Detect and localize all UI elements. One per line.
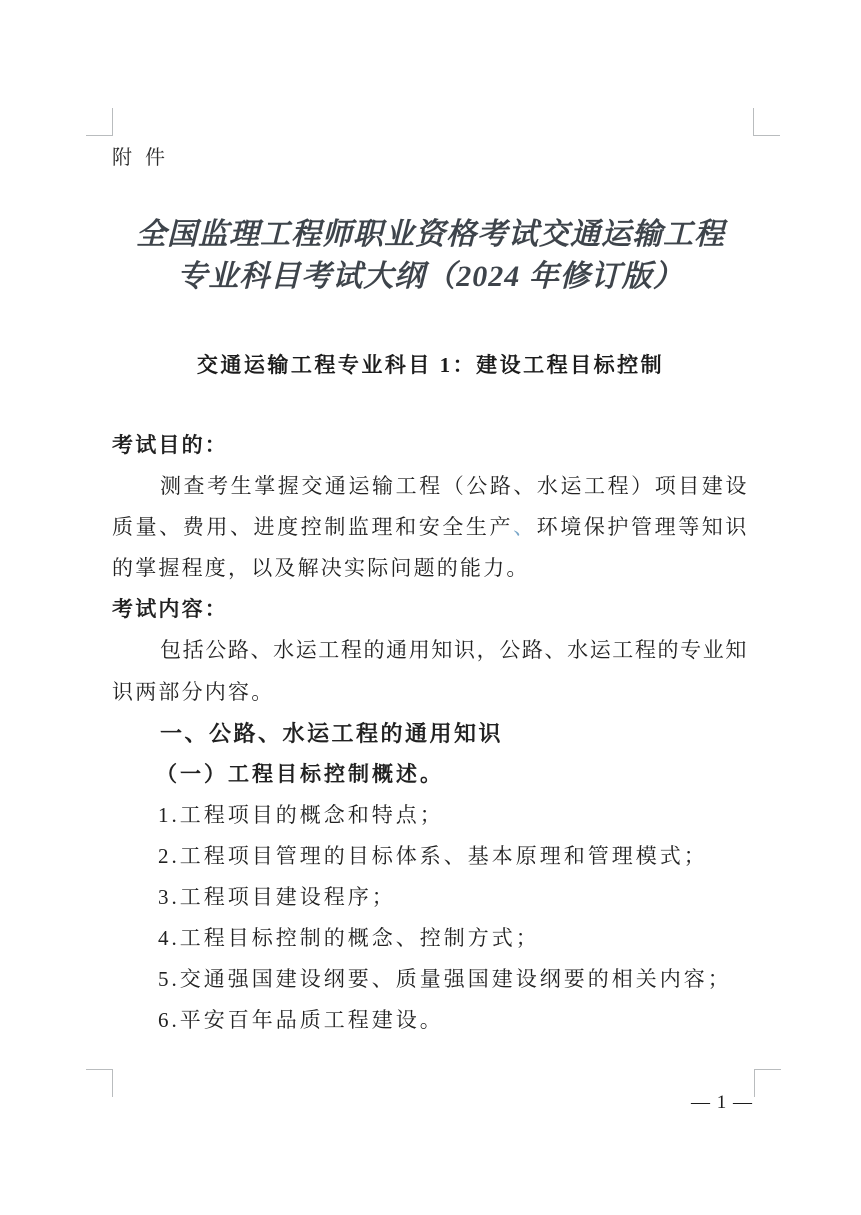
exam-purpose-line3: 的掌握程度，以及解决实际问题的能力。 [112, 548, 748, 589]
list-item: 4.工程目标控制的概念、控制方式； [112, 918, 748, 959]
crop-mark-bottom-left [86, 1069, 113, 1097]
section-1-1-heading: （一）工程目标控制概述。 [112, 754, 748, 795]
list-item: 5.交通强国建设纲要、质量强国建设纲要的相关内容； [112, 959, 748, 1000]
exam-purpose-line2-pre: 质量、费用、进度控制监理和安全生产 [112, 515, 513, 539]
list-item: 3.工程项目建设程序； [112, 877, 748, 918]
list-item: 2.工程项目管理的目标体系、基本原理和管理模式； [112, 836, 748, 877]
document-body: 考试目的： 测查考生掌握交通运输工程（公路、水运工程）项目建设 质量、费用、进度… [112, 425, 748, 1041]
exam-purpose-line1: 测查考生掌握交通运输工程（公路、水运工程）项目建设 [112, 466, 748, 507]
document-title-line2: 专业科目考试大纲（2024 年修订版） [0, 256, 861, 298]
document-page: 附 件 全国监理工程师职业资格考试交通运输工程 专业科目考试大纲（2024 年修… [0, 0, 861, 1215]
attachment-label: 附 件 [112, 141, 169, 170]
page-number: — 1 — [691, 1092, 753, 1114]
section-1-heading: 一、公路、水运工程的通用知识 [112, 713, 748, 754]
document-title: 全国监理工程师职业资格考试交通运输工程 专业科目考试大纲（2024 年修订版） [0, 214, 861, 298]
exam-purpose-heading: 考试目的： [112, 425, 748, 466]
exam-purpose-line2: 质量、费用、进度控制监理和安全生产、环境保护管理等知识 [112, 507, 748, 548]
crop-mark-top-left [86, 108, 113, 136]
exam-content-heading: 考试内容： [112, 589, 748, 630]
crop-mark-bottom-right [754, 1069, 781, 1097]
document-subtitle: 交通运输工程专业科目 1：建设工程目标控制 [0, 349, 861, 379]
crop-mark-top-right [753, 108, 780, 136]
list-item: 1.工程项目的概念和特点； [112, 795, 748, 836]
exam-content-line2: 识两部分内容。 [112, 672, 748, 713]
list-item: 6.平安百年品质工程建设。 [112, 1000, 748, 1041]
exam-content-line1: 包括公路、水运工程的通用知识，公路、水运工程的专业知 [112, 630, 748, 671]
document-title-line1: 全国监理工程师职业资格考试交通运输工程 [0, 214, 861, 256]
blue-enumeration-comma: 、 [513, 515, 537, 539]
exam-purpose-line2-post: 环境保护管理等知识 [537, 515, 748, 539]
